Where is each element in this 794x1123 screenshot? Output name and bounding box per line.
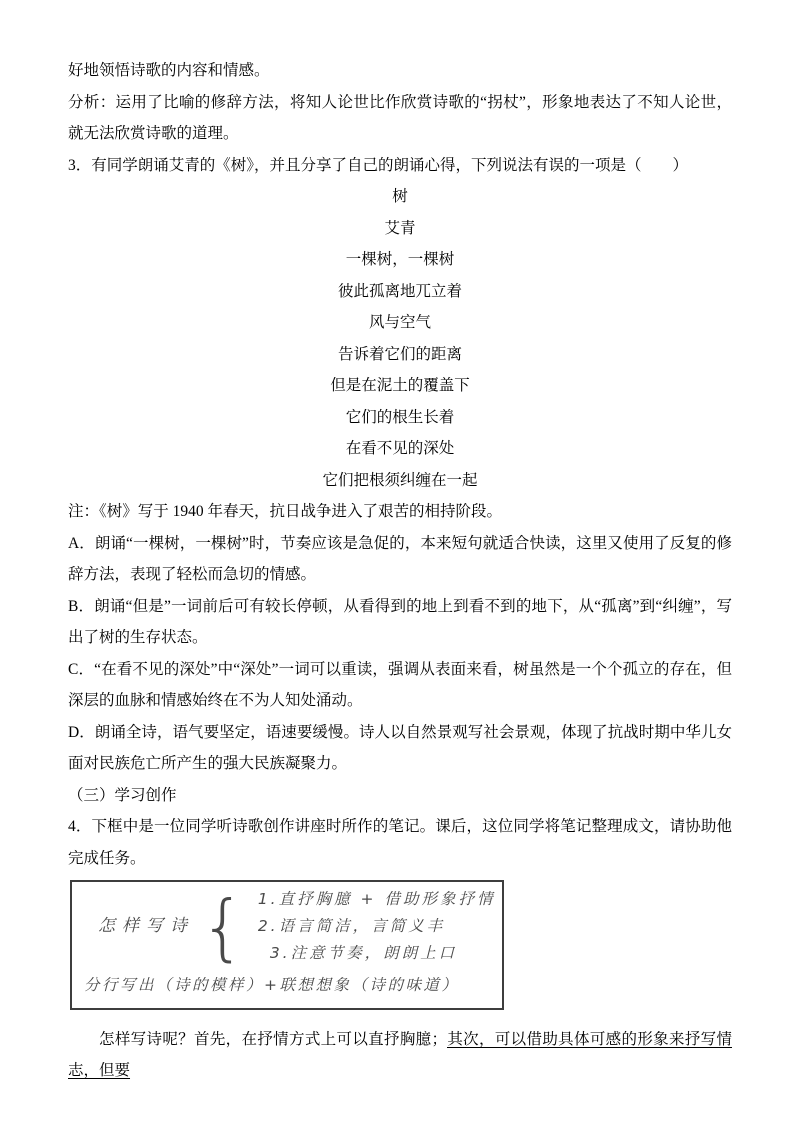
notes-box-top-row: 怎样写诗 { 1.直抒胸臆 + 借助形象抒情 2.语言简洁，言简义丰 3.注意节…: [78, 886, 496, 967]
handwritten-notes-box: 怎样写诗 { 1.直抒胸臆 + 借助形象抒情 2.语言简洁，言简义丰 3.注意节…: [70, 880, 504, 1010]
analysis-paragraph: 分析：运用了比喻的修辞方法，将知人论世比作欣赏诗歌的“拐杖”，形象地表达了不知人…: [68, 87, 732, 150]
document-page: 好地领悟诗歌的内容和情感。 分析：运用了比喻的修辞方法，将知人论世比作欣赏诗歌的…: [0, 0, 794, 1123]
section-heading: （三）学习创作: [68, 780, 732, 812]
passage-normal-text: 怎样写诗呢？首先，在抒情方式上可以直抒胸臆；: [99, 1031, 447, 1048]
option-d: D．朗诵全诗，语气要坚定，语速要缓慢。诗人以自然景观写社会景观，体现了抗战时期中…: [68, 717, 732, 780]
note-item: 3.注意节奏，朗朗上口: [258, 940, 496, 967]
passage-paragraph: 怎样写诗呢？首先，在抒情方式上可以直抒胸臆；其次，可以借助具体可感的形象来抒写情…: [68, 1024, 732, 1087]
poem-footnote: 注：《树》写于 1940 年春天，抗日战争进入了艰苦的相持阶段。: [68, 496, 732, 528]
poem-line: 在看不见的深处: [68, 433, 732, 465]
intro-tail-line: 好地领悟诗歌的内容和情感。: [68, 55, 732, 87]
notes-item-list: 1.直抒胸臆 + 借助形象抒情 2.语言简洁，言简义丰 3.注意节奏，朗朗上口: [258, 886, 496, 967]
poem-line: 一棵树，一棵树: [68, 244, 732, 276]
note-item: 2.语言简洁，言简义丰: [258, 913, 496, 940]
option-a: A．朗诵“一棵树，一棵树”时，节奏应该是急促的，本来短句就适合快读，这里又使用了…: [68, 528, 732, 591]
poem-block: 树 艾青 一棵树，一棵树 彼此孤离地兀立着 风与空气 告诉着它们的距离 但是在泥…: [68, 181, 732, 496]
poem-line: 彼此孤离地兀立着: [68, 276, 732, 308]
brace-icon: {: [200, 888, 246, 966]
option-c: C．“在看不见的深处”中“深处”一词可以重读，强调从表面来看，树虽然是一个个孤立…: [68, 654, 732, 717]
notes-label: 怎样写诗: [98, 911, 194, 943]
poem-line: 它们把根须纠缠在一起: [68, 465, 732, 497]
question3-stem: 3．有同学朗诵艾青的《树》，并且分享了自己的朗诵心得，下列说法有误的一项是（ ）: [68, 150, 732, 182]
poem-line: 它们的根生长着: [68, 402, 732, 434]
option-b: B．朗诵“但是”一词前后可有较长停顿，从看得到的地上到看不到的地下，从“孤离”到…: [68, 591, 732, 654]
poem-line: 但是在泥土的覆盖下: [68, 370, 732, 402]
poem-author: 艾青: [68, 213, 732, 245]
question4-stem: 4．下框中是一位同学听诗歌创作讲座时所作的笔记。课后，这位同学将笔记整理成文，请…: [68, 811, 732, 874]
poem-line: 风与空气: [68, 307, 732, 339]
notes-summary-line: 分行写出（诗的模样）+联想想象（诗的味道）: [78, 970, 496, 1002]
poem-line: 告诉着它们的距离: [68, 339, 732, 371]
note-item: 1.直抒胸臆 + 借助形象抒情: [258, 886, 496, 913]
document-content: 好地领悟诗歌的内容和情感。 分析：运用了比喻的修辞方法，将知人论世比作欣赏诗歌的…: [0, 0, 794, 1087]
poem-title: 树: [68, 181, 732, 213]
